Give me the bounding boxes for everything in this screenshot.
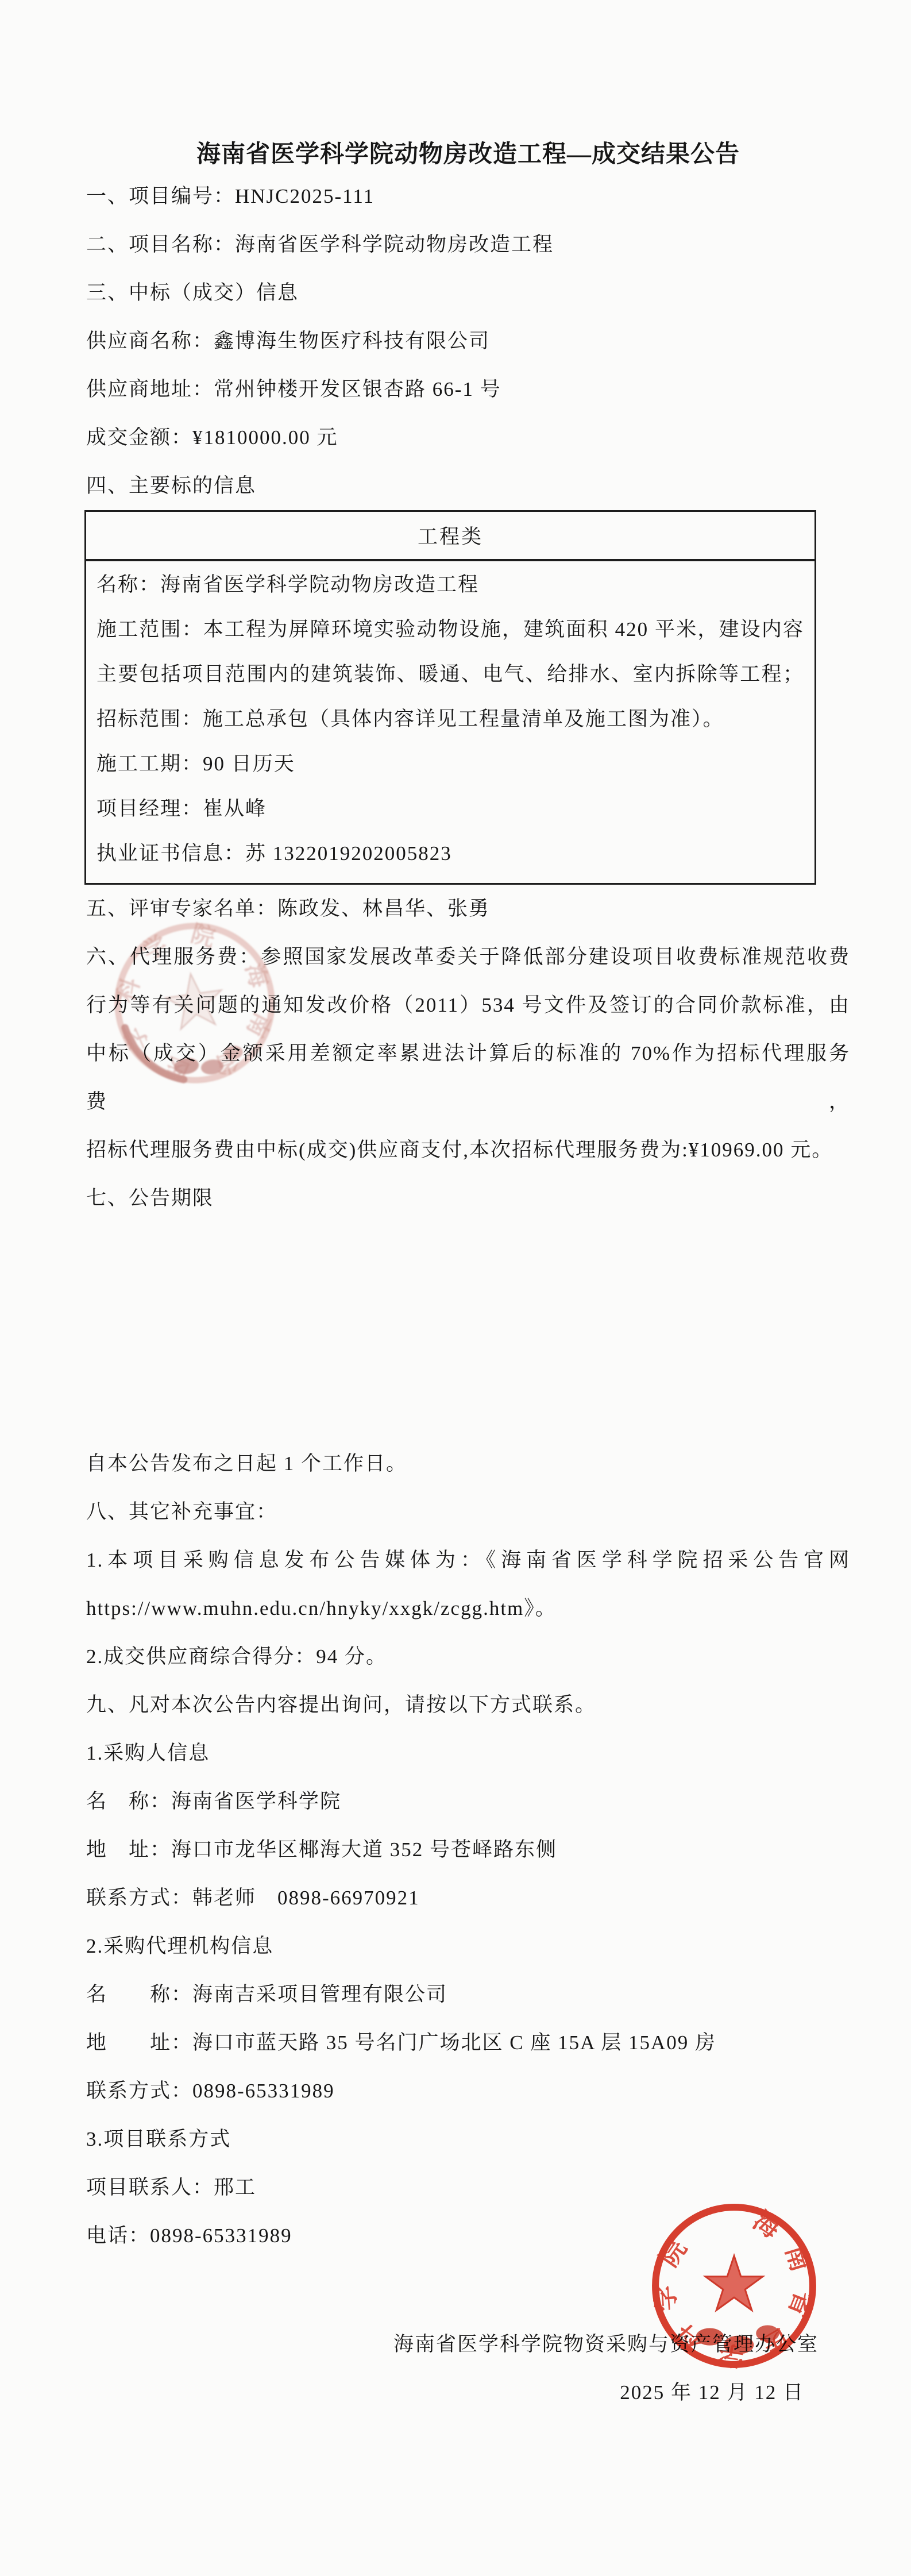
line-media-url: https://www.muhn.edu.cn/hnyky/xxgk/zcgg.… <box>86 1584 850 1633</box>
intro-section: 一、项目编号：HNJC2025-111 二、项目名称：海南省医学科学院动物房改造… <box>86 172 850 510</box>
table-header-project-type: 工程类 <box>86 511 816 561</box>
line-agency-fee-3: 中标（成交）金额采用差额定率累进法计算后的标准的 70%作为招标代理服务费， <box>86 1029 850 1126</box>
table-line-manager: 项目经理：崔从峰 <box>96 786 804 831</box>
subject-info-table: 工程类 名称：海南省医学科学院动物房改造工程 施工范围：本工程为屏障环境实验动物… <box>84 510 816 885</box>
line-purchaser-info-heading: 1.采购人信息 <box>86 1729 850 1777</box>
supplement-section: 自本公告发布之日起 1 个工作日。 八、其它补充事宜： 1.本项目采购信息发布公… <box>86 1440 850 2260</box>
signature-office: 海南省医学科学院物资采购与资产管理办公室 <box>86 2320 850 2369</box>
line-contact-heading: 九、凡对本次公告内容提出询问，请按以下方式联系。 <box>86 1681 850 1729</box>
table-body-cell: 名称：海南省医学科学院动物房改造工程 施工范围：本工程为屏障环境实验动物设施，建… <box>86 560 816 884</box>
line-media-1: 1.本项目采购信息发布公告媒体为：《海南省医学科学院招采公告官网 <box>86 1536 850 1584</box>
line-other-matters-heading: 八、其它补充事宜： <box>86 1488 850 1536</box>
line-project-contact-heading: 3.项目联系方式 <box>86 2115 850 2164</box>
line-agency-address: 地 址：海口市蓝天路 35 号名门广场北区 C 座 15A 层 15A09 房 <box>86 2019 850 2067</box>
line-project-number: 一、项目编号：HNJC2025-111 <box>86 172 850 221</box>
line-supplier-name: 供应商名称：鑫博海生物医疗科技有限公司 <box>86 317 850 365</box>
line-agency-fee-1: 六、代理服务费：参照国家发展改革委关于降低部分建设项目收费标准规范收费 <box>86 933 850 981</box>
line-expert-list: 五、评审专家名单：陈政发、林昌华、张勇 <box>86 885 850 933</box>
line-project-name: 二、项目名称：海南省医学科学院动物房改造工程 <box>86 221 850 269</box>
line-purchaser-contact: 联系方式：韩老师 0898-66970921 <box>86 1874 850 1922</box>
line-project-phone: 电话：0898-65331989 <box>86 2212 850 2260</box>
line-agency-fee-2: 行为等有关问题的通知发改价格（2011）534 号文件及签订的合同价款标准，由 <box>86 981 850 1029</box>
table-line-bid-scope: 招标范围：施工总承包（具体内容详见工程量清单及施工图为准）。 <box>96 697 804 742</box>
table-line-license: 执业证书信息：苏 1322019202005823 <box>96 831 804 876</box>
line-deal-amount: 成交金额：¥1810000.00 元 <box>86 414 850 462</box>
mid-section: 五、评审专家名单：陈政发、林昌华、张勇 六、代理服务费：参照国家发展改革委关于降… <box>86 885 850 1223</box>
line-main-subject-heading: 四、主要标的信息 <box>86 462 850 510</box>
line-agency-info-heading: 2.采购代理机构信息 <box>86 1922 850 1970</box>
table-line-scope-1: 施工范围：本工程为屏障环境实验动物设施，建筑面积 420 平米，建设内容 <box>96 607 804 652</box>
line-announcement-period-heading: 七、公告期限 <box>86 1174 850 1223</box>
line-agency-contact: 联系方式：0898-65331989 <box>86 2067 850 2115</box>
line-agency-name: 名 称：海南吉采项目管理有限公司 <box>86 1970 850 2019</box>
document-page: 海南省医学科学院动物房改造工程—成交结果公告 一、项目编号：HNJC2025-1… <box>0 0 911 2576</box>
line-purchaser-address: 地 址：海口市龙华区椰海大道 352 号苍峄路东侧 <box>86 1826 850 1874</box>
signature-block: 海南省医学科学院物资采购与资产管理办公室 2025 年 12 月 12 日 <box>86 2320 850 2417</box>
table-line-name: 名称：海南省医学科学院动物房改造工程 <box>96 562 804 607</box>
document-content: 海南省医学科学院动物房改造工程—成交结果公告 一、项目编号：HNJC2025-1… <box>0 0 911 2417</box>
line-supplier-address: 供应商地址：常州钟楼开发区银杏路 66-1 号 <box>86 365 850 414</box>
page-title: 海南省医学科学院动物房改造工程—成交结果公告 <box>86 137 850 172</box>
line-project-contact-person: 项目联系人：邢工 <box>86 2164 850 2212</box>
line-award-info-heading: 三、中标（成交）信息 <box>86 269 850 317</box>
table-line-duration: 施工工期：90 日历天 <box>96 742 804 786</box>
line-purchaser-name: 名 称：海南省医学科学院 <box>86 1777 850 1826</box>
page-break-gap <box>86 1223 850 1440</box>
line-announcement-duration: 自本公告发布之日起 1 个工作日。 <box>86 1440 850 1488</box>
line-score: 2.成交供应商综合得分：94 分。 <box>86 1633 850 1681</box>
table-line-scope-2: 主要包括项目范围内的建筑装饰、暖通、电气、给排水、室内拆除等工程； <box>96 652 804 697</box>
signature-date: 2025 年 12 月 12 日 <box>86 2369 850 2417</box>
line-agency-fee-4: 招标代理服务费由中标(成交)供应商支付,本次招标代理服务费为:¥10969.00… <box>86 1126 850 1174</box>
